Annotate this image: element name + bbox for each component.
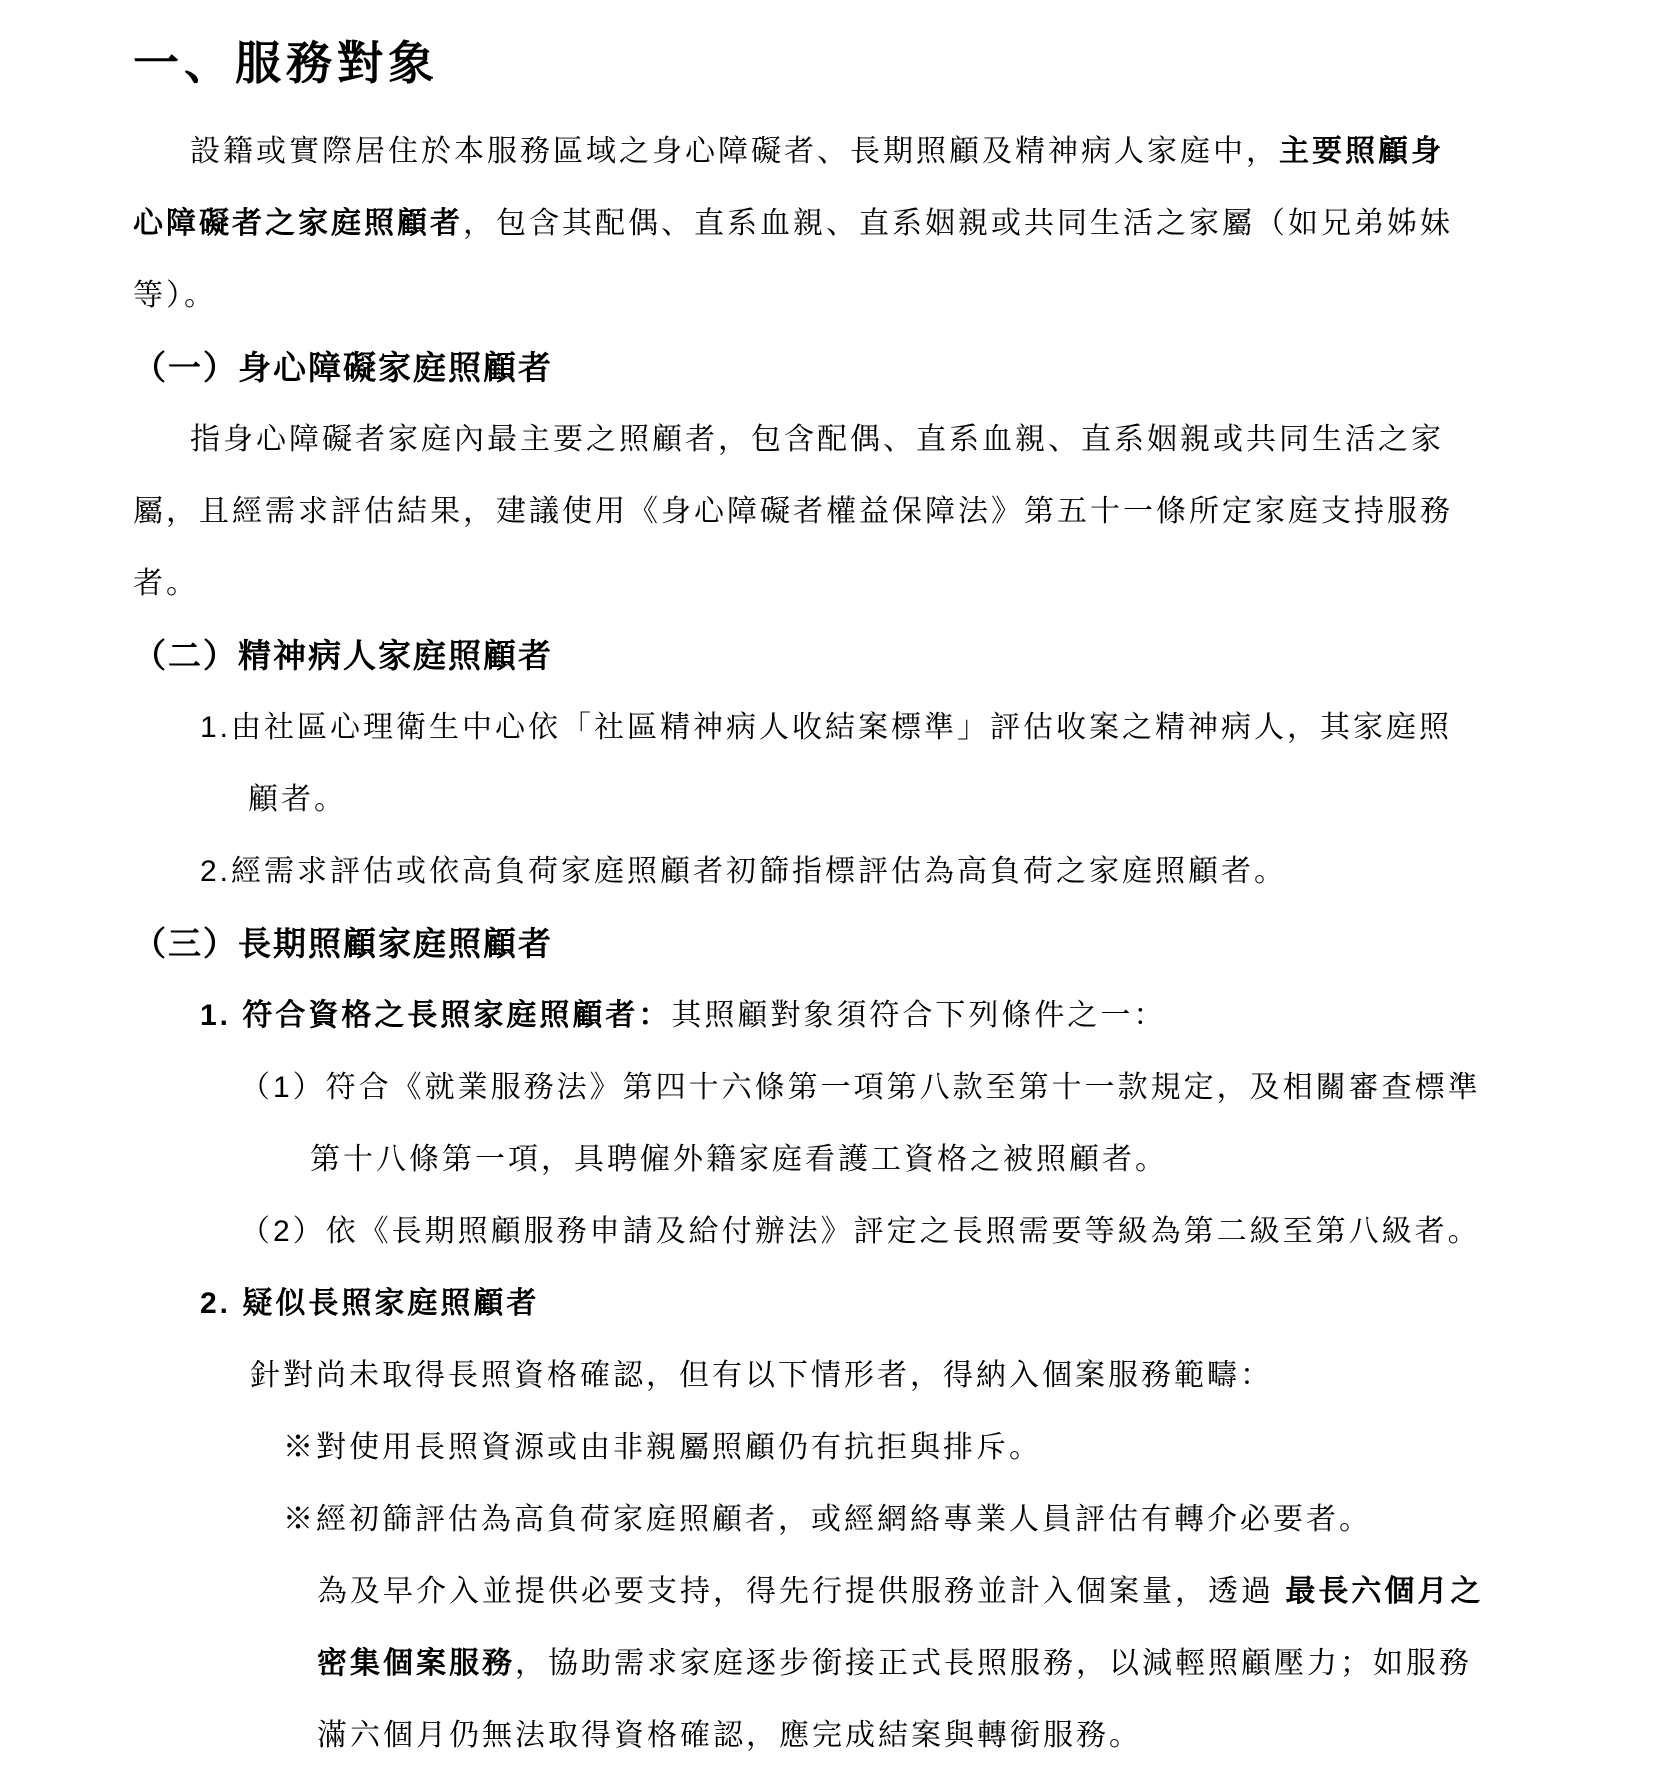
text-line: 1.由社區心理衛生中心依「社區精神病人收結案標準」評估收案之精神病人，其家庭照 [133,692,1544,764]
text-line: 屬，且經需求評估結果，建議使用《身心障礙者權益保障法》第五十一條所定家庭支持服務 [133,476,1544,548]
text-line: （2）依《長期照顧服務申請及給付辦法》評定之長照需要等級為第二級至第八級者。 [133,1196,1544,1268]
text-line: 2. 疑似長照家庭照顧者 [133,1268,1544,1340]
text-line: 者。 [133,548,1544,620]
bold-text-segment: 密集個案服務 [317,1647,515,1680]
document-body: 設籍或實際居住於本服務區域之身心障礙者、長期照顧及精神病人家庭中，主要照顧身心障… [133,116,1544,1772]
bold-text-segment: 最長六個月之 [1285,1575,1483,1608]
text-line: 密集個案服務，協助需求家庭逐步銜接正式長照服務，以減輕照顧壓力；如服務 [133,1628,1544,1700]
text-segment: 針對尚未取得長照資格確認，但有以下情形者，得納入個案服務範疇： [250,1359,1273,1392]
text-segment: 2.經需求評估或依高負荷家庭照顧者初篩指標評估為高負荷之家庭照顧者。 [200,855,1287,888]
text-line: 2.經需求評估或依高負荷家庭照顧者初篩指標評估為高負荷之家庭照顧者。 [133,836,1544,908]
text-segment: 指身心障礙者家庭內最主要之照顧者，包含配偶、直系血親、直系姻親或共同生活之家 [190,423,1444,456]
text-segment: ※經初篩評估為高負荷家庭照顧者，或經網絡專業人員評估有轉介必要者。 [283,1503,1372,1536]
text-line: 心障礙者之家庭照顧者，包含其配偶、直系血親、直系姻親或共同生活之家屬（如兄弟姊妹 [133,188,1544,260]
bold-text-segment: （二）精神病人家庭照顧者 [133,637,553,674]
text-segment: ，協助需求家庭逐步銜接正式長照服務，以減輕照顧壓力；如服務 [515,1647,1472,1680]
bold-text-segment: （一）身心障礙家庭照顧者 [133,349,553,386]
bold-text-segment: 心障礙者之家庭照顧者 [133,207,463,240]
bold-text-segment: 1. 符合資格之長照家庭照顧者： [200,999,671,1032]
section-heading: （三）長期照顧家庭照顧者 [133,908,1544,980]
text-line: ※經初篩評估為高負荷家庭照顧者，或經網絡專業人員評估有轉介必要者。 [133,1484,1544,1556]
text-segment: （1）符合《就業服務法》第四十六條第一項第八款至第十一款規定，及相關審查標準 [240,1071,1481,1104]
text-segment: 設籍或實際居住於本服務區域之身心障礙者、長期照顧及精神病人家庭中， [190,135,1279,168]
text-line: 設籍或實際居住於本服務區域之身心障礙者、長期照顧及精神病人家庭中，主要照顧身 [133,116,1544,188]
text-line: 顧者。 [133,764,1544,836]
text-line: 1. 符合資格之長照家庭照顧者：其照顧對象須符合下列條件之一： [133,980,1544,1052]
document-page: 一、服務對象 設籍或實際居住於本服務區域之身心障礙者、長期照顧及精神病人家庭中，… [0,0,1654,1781]
text-line: 為及早介入並提供必要支持，得先行提供服務並計入個案量，透過 最長六個月之 [133,1556,1544,1628]
bold-text-segment: 主要照顧身 [1279,135,1444,168]
text-line: 等）。 [133,260,1544,332]
text-segment: ，包含其配偶、直系血親、直系姻親或共同生活之家屬（如兄弟姊妹 [463,207,1453,240]
section-heading: （一）身心障礙家庭照顧者 [133,332,1544,404]
text-segment: 顧者。 [248,783,347,816]
text-segment: 1.由社區心理衛生中心依「社區精神病人收結案標準」評估收案之精神病人，其家庭照 [200,711,1452,744]
text-segment: 滿六個月仍無法取得資格確認，應完成結案與轉銜服務。 [317,1719,1142,1752]
text-line: 針對尚未取得長照資格確認，但有以下情形者，得納入個案服務範疇： [133,1340,1544,1412]
text-segment: 者。 [133,567,199,600]
text-segment: 第十八條第一項，具聘僱外籍家庭看護工資格之被照顧者。 [310,1143,1168,1176]
text-segment: 屬，且經需求評估結果，建議使用《身心障礙者權益保障法》第五十一條所定家庭支持服務 [133,495,1453,528]
text-line: 滿六個月仍無法取得資格確認，應完成結案與轉銜服務。 [133,1700,1544,1772]
page-title: 一、服務對象 [133,30,1544,96]
text-segment: 其照顧對象須符合下列條件之一： [671,999,1166,1032]
text-segment: 為及早介入並提供必要支持，得先行提供服務並計入個案量，透過 [317,1575,1285,1608]
text-segment: 等）。 [133,279,217,312]
text-line: 指身心障礙者家庭內最主要之照顧者，包含配偶、直系血親、直系姻親或共同生活之家 [133,404,1544,476]
text-segment: ※對使用長照資源或由非親屬照顧仍有抗拒與排斥。 [283,1431,1042,1464]
section-heading: （二）精神病人家庭照顧者 [133,620,1544,692]
text-line: （1）符合《就業服務法》第四十六條第一項第八款至第十一款規定，及相關審查標準 [133,1052,1544,1124]
bold-text-segment: （三）長期照顧家庭照顧者 [133,925,553,962]
text-segment: （2）依《長期照顧服務申請及給付辦法》評定之長照需要等級為第二級至第八級者。 [240,1215,1481,1248]
bold-text-segment: 2. 疑似長照家庭照顧者 [200,1287,539,1320]
text-line: ※對使用長照資源或由非親屬照顧仍有抗拒與排斥。 [133,1412,1544,1484]
text-line: 第十八條第一項，具聘僱外籍家庭看護工資格之被照顧者。 [133,1124,1544,1196]
